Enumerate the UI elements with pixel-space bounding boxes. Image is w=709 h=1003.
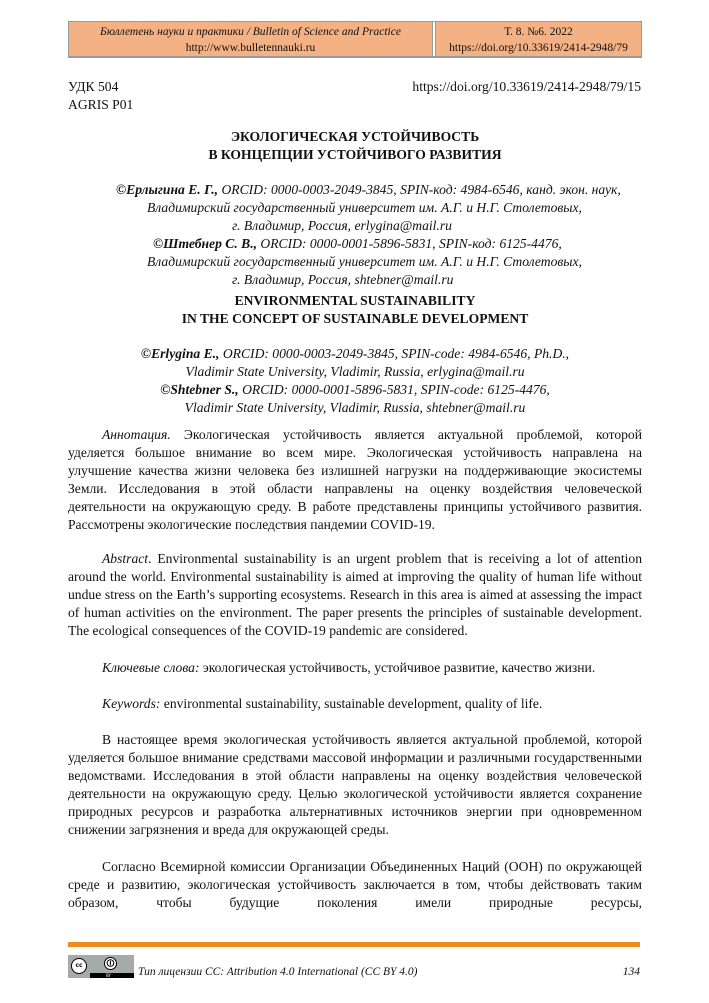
author-en-2-line: ©Shtebner S., ORCID: 0000-0001-5896-5831… bbox=[68, 381, 642, 399]
page-number: 134 bbox=[600, 966, 640, 978]
cc-icon: cc bbox=[71, 958, 87, 974]
author-en-1-line: ©Erlygina E., ORCID: 0000-0003-2049-3845… bbox=[68, 345, 642, 363]
keywords-ru: Ключевые слова: экологическая устойчивос… bbox=[68, 659, 642, 677]
author-en-2-details: ORCID: 0000-0001-5896-5831, SPIN-code: 6… bbox=[239, 382, 550, 397]
agris: AGRIS P01 bbox=[68, 96, 133, 114]
journal-url[interactable]: http://www.bulletennauki.ru bbox=[69, 40, 432, 56]
title-ru-line2: В КОНЦЕПЦИИ УСТОЙЧИВОГО РАЗВИТИЯ bbox=[68, 146, 642, 164]
udk: УДК 504 bbox=[68, 78, 118, 96]
cc-by-icon[interactable]: cc 🛈 BY bbox=[68, 955, 134, 978]
authors-en: ©Erlygina E., ORCID: 0000-0003-2049-3845… bbox=[68, 345, 642, 417]
license-text: Тип лицензии CC: Attribution 4.0 Interna… bbox=[138, 966, 418, 978]
by-bar bbox=[90, 973, 134, 978]
author-ru-1-line: ©Ерлыгина Е. Г., ORCID: 0000-0003-2049-3… bbox=[68, 181, 642, 199]
title-ru: ЭКОЛОГИЧЕСКАЯ УСТОЙЧИВОСТЬ В КОНЦЕПЦИИ У… bbox=[68, 128, 642, 164]
author-ru-1-affiliation: Владимирский государственный университет… bbox=[68, 199, 642, 217]
journal-header-right: Т. 8. №6. 2022 https://doi.org/10.33619/… bbox=[435, 22, 641, 56]
title-en-line1: ENVIRONMENTAL SUSTAINABILITY bbox=[68, 292, 642, 310]
journal-title: Бюллетень науки и практики / Bulletin of… bbox=[69, 24, 432, 40]
abstract-en-text: . Environmental sustainability is an urg… bbox=[68, 551, 642, 638]
author-en-2-name: ©Shtebner S., bbox=[160, 382, 239, 397]
annotation-ru-label: Аннотация. bbox=[102, 427, 171, 442]
author-ru-2-location: г. Владимир, Россия, shtebner@mail.ru bbox=[68, 271, 642, 289]
author-en-2-affiliation: Vladimir State University, Vladimir, Rus… bbox=[68, 399, 642, 417]
author-en-1-affiliation: Vladimir State University, Vladimir, Rus… bbox=[68, 363, 642, 381]
abstract-en-label: Abstract bbox=[102, 551, 148, 566]
keywords-en-label: Keywords: bbox=[102, 696, 160, 711]
journal-header-left: Бюллетень науки и практики / Bulletin of… bbox=[69, 22, 433, 56]
author-ru-2-affiliation: Владимирский государственный университет… bbox=[68, 253, 642, 271]
title-ru-line1: ЭКОЛОГИЧЕСКАЯ УСТОЙЧИВОСТЬ bbox=[68, 128, 642, 146]
author-en-1-details: ORCID: 0000-0003-2049-3845, SPIN-code: 4… bbox=[219, 346, 569, 361]
attribution-person-icon: 🛈 bbox=[104, 957, 117, 970]
title-en: ENVIRONMENTAL SUSTAINABILITY IN THE CONC… bbox=[68, 292, 642, 328]
issue-info: Т. 8. №6. 2022 bbox=[436, 24, 641, 40]
author-ru-2-name: ©Штебнер С. В., bbox=[153, 236, 257, 251]
by-label: BY bbox=[106, 973, 111, 978]
annotation-ru-text: Экологическая устойчивость является акту… bbox=[68, 427, 642, 532]
body-paragraph-1: В настоящее время экологическая устойчив… bbox=[68, 731, 642, 839]
keywords-ru-text: экологическая устойчивость, устойчивое р… bbox=[199, 660, 595, 675]
author-en-1-name: ©Erlygina E., bbox=[141, 346, 220, 361]
author-ru-1-location: г. Владимир, Россия, erlygina@mail.ru bbox=[68, 217, 642, 235]
keywords-ru-label: Ключевые слова: bbox=[102, 660, 199, 675]
footer-divider bbox=[68, 942, 640, 947]
author-ru-1-name: ©Ерлыгина Е. Г., bbox=[116, 182, 218, 197]
keywords-en-text: environmental sustainability, sustainabl… bbox=[160, 696, 542, 711]
title-en-line2: IN THE CONCEPT OF SUSTAINABLE DEVELOPMEN… bbox=[68, 310, 642, 328]
body-paragraph-2: Согласно Всемирной комиссии Организации … bbox=[68, 858, 642, 912]
authors-ru: ©Ерлыгина Е. Г., ORCID: 0000-0003-2049-3… bbox=[68, 181, 642, 289]
issue-doi[interactable]: https://doi.org/10.33619/2414-2948/79 bbox=[436, 40, 641, 56]
author-ru-2-line: ©Штебнер С. В., ORCID: 0000-0001-5896-58… bbox=[68, 235, 642, 253]
annotation-ru: Аннотация. Экологическая устойчивость яв… bbox=[68, 426, 642, 534]
author-ru-1-details: ORCID: 0000-0003-2049-3845, SPIN-код: 49… bbox=[218, 182, 621, 197]
keywords-en: Keywords: environmental sustainability, … bbox=[68, 695, 642, 713]
article-doi[interactable]: https://doi.org/10.33619/2414-2948/79/15 bbox=[412, 78, 641, 96]
author-ru-2-details: ORCID: 0000-0001-5896-5831, SPIN-код: 61… bbox=[257, 236, 562, 251]
abstract-en: Abstract. Environmental sustainability i… bbox=[68, 550, 642, 640]
journal-header: Бюллетень науки и практики / Bulletin of… bbox=[68, 21, 642, 58]
